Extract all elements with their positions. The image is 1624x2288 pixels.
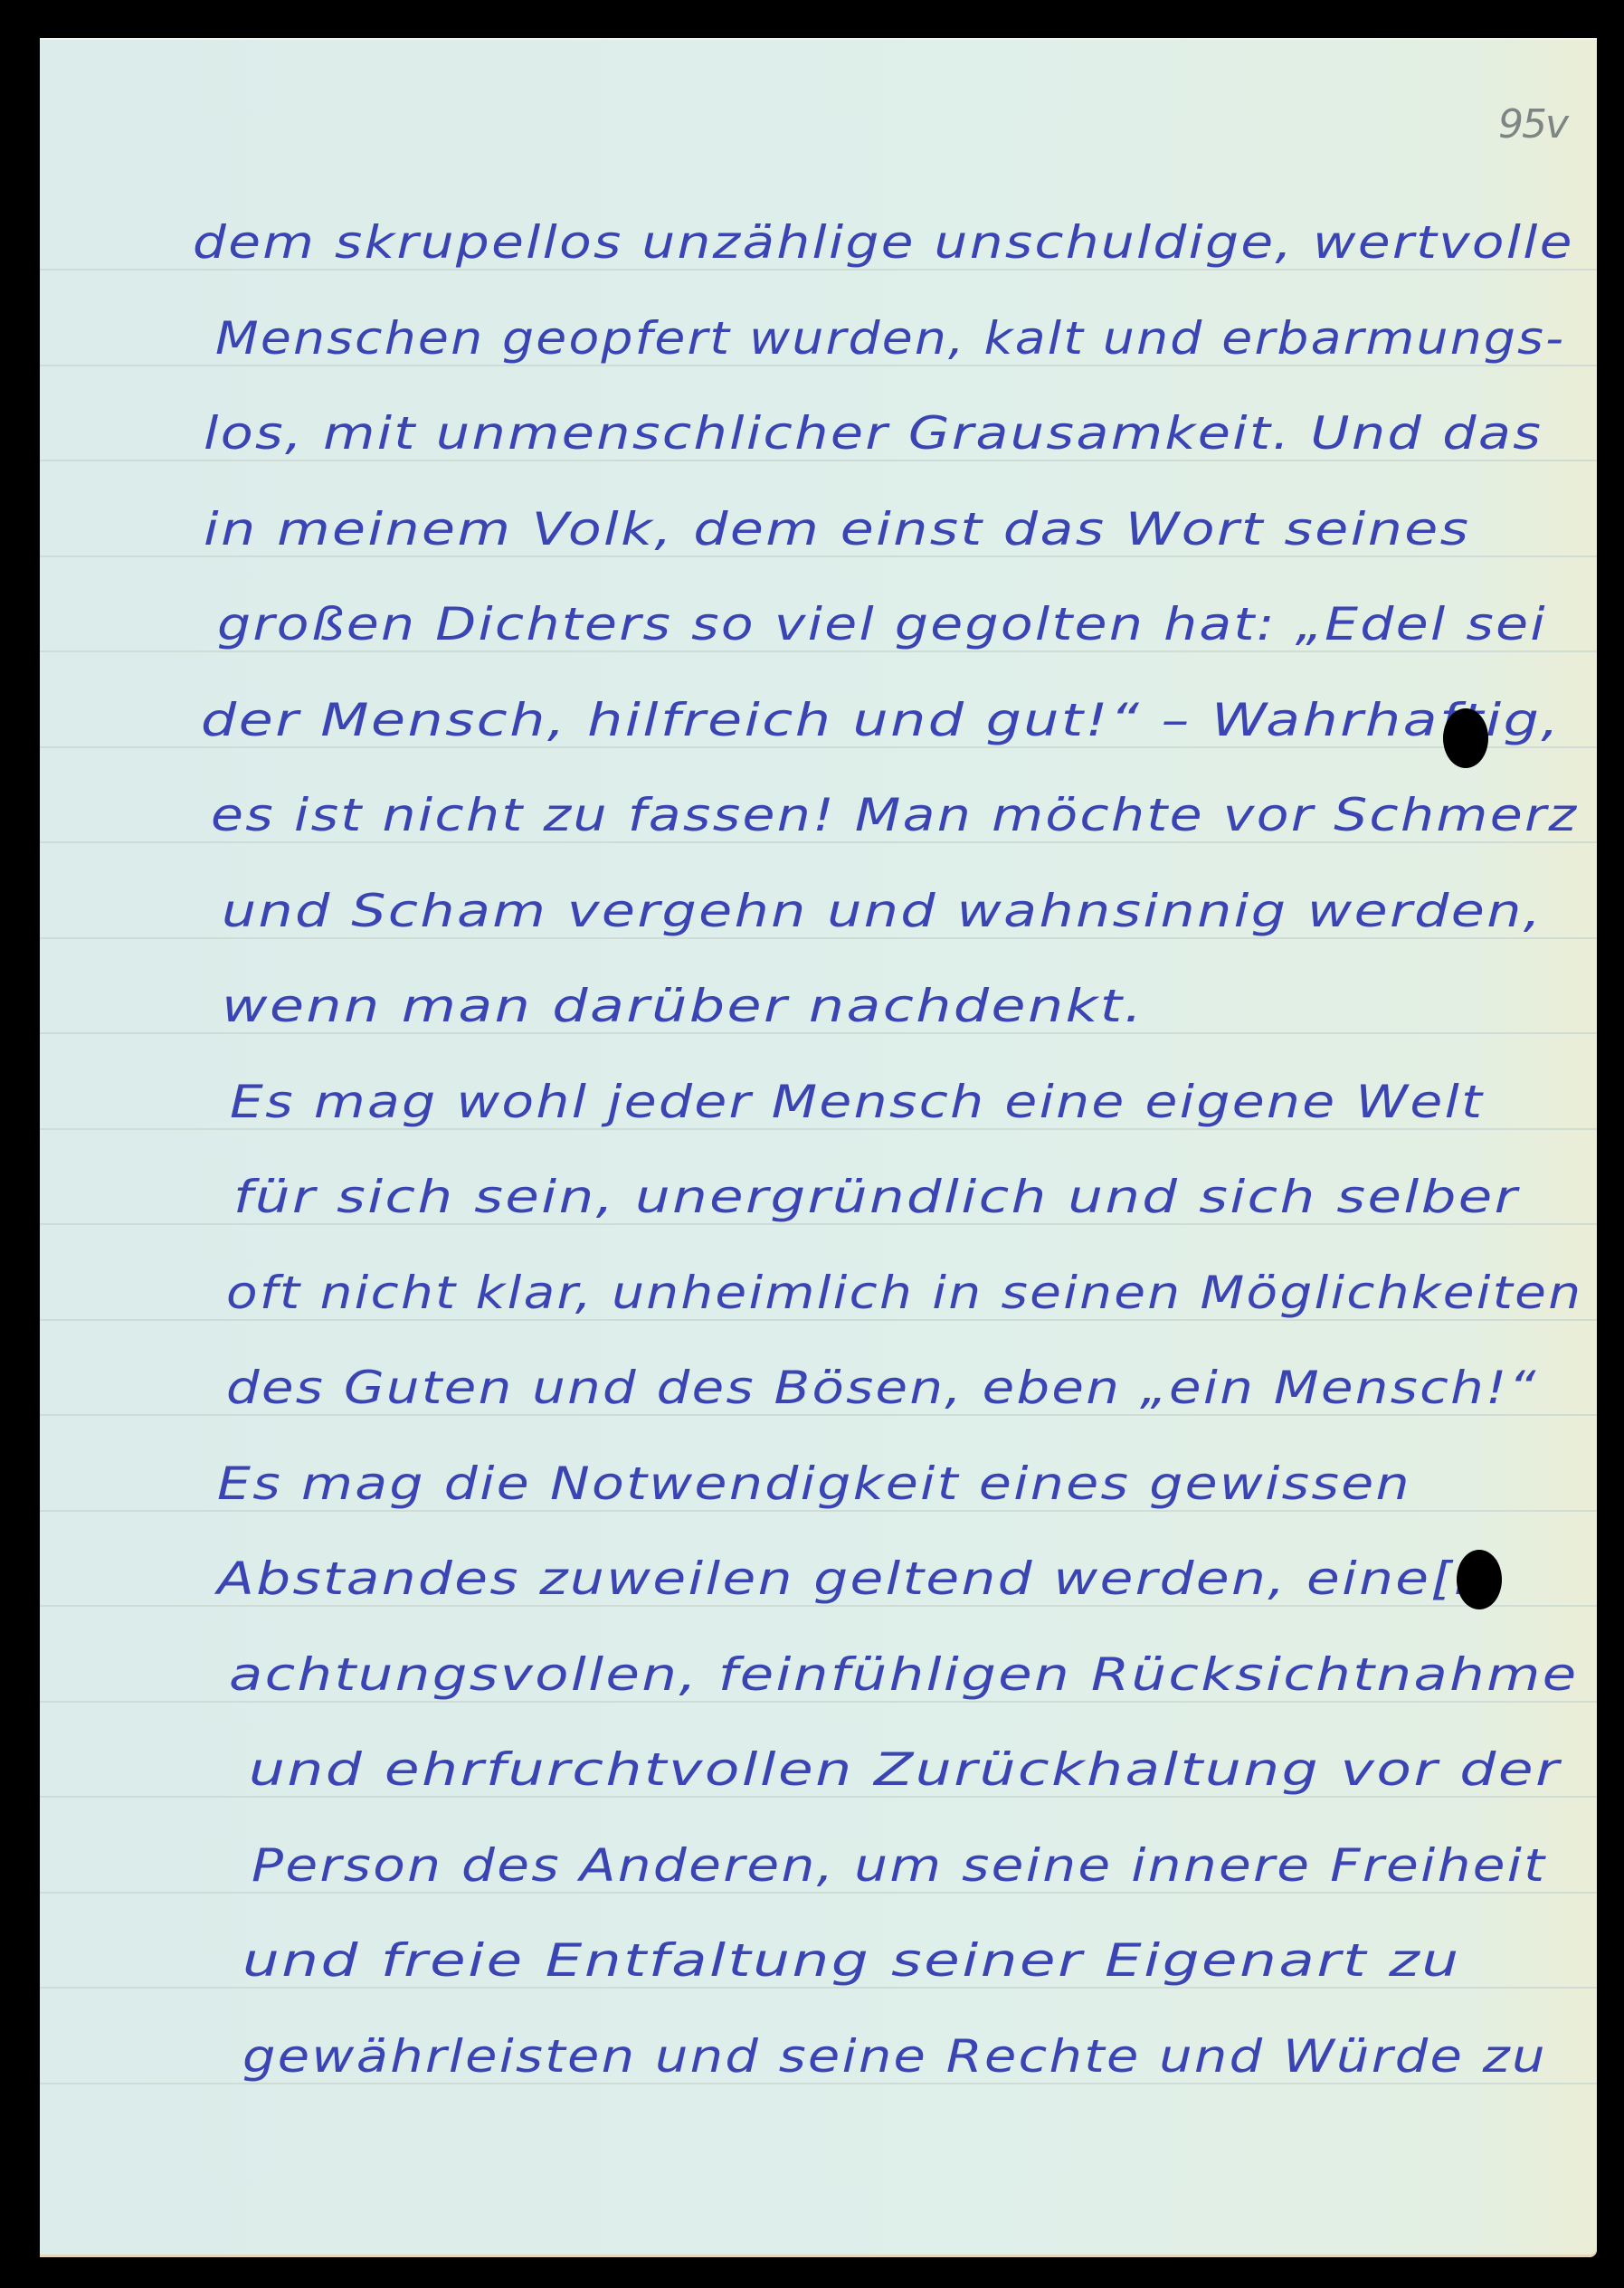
ruled-line <box>40 650 1597 652</box>
ruled-line <box>40 555 1597 557</box>
text-line: der Mensch, hilfreich und gut!“ – Wahrha… <box>201 694 1561 746</box>
ruled-line <box>40 1987 1597 1989</box>
ruled-line <box>40 365 1597 366</box>
text-line: für sich sein, unergründlich und sich se… <box>233 1171 1519 1223</box>
text-line: Abstandes zuweilen geltend werden, eine[… <box>217 1552 1502 1605</box>
text-line: und ehrfurchtvollen Zurückhaltung vor de… <box>249 1743 1562 1796</box>
ruled-line <box>40 1223 1597 1225</box>
text-line: wenn man darüber nachdenkt. <box>222 980 1144 1032</box>
text-line: dem skrupellos unzählige unschuldige, we… <box>193 216 1574 269</box>
text-line: großen Dichters so viel gegolten hat: „E… <box>217 598 1547 650</box>
ruled-line <box>40 1414 1597 1416</box>
text-line: achtungsvollen, feinfühligen Rücksichtna… <box>229 1648 1579 1701</box>
ruled-line <box>40 1510 1597 1512</box>
text-line: los, mit unmenschlicher Grausamkeit. Und… <box>204 407 1543 460</box>
page-number: 95v <box>1498 101 1567 147</box>
text-line: in meinem Volk, dem einst das Wort seine… <box>204 503 1470 555</box>
ruled-line <box>40 746 1597 748</box>
punch-hole <box>1457 1550 1502 1609</box>
text-line: gewährleisten und seine Rechte und Würde… <box>242 2030 1547 2083</box>
text-line: und freie Entfaltung seiner Eigenart zu <box>242 1934 1461 1987</box>
ruled-line <box>40 269 1597 271</box>
ruled-line <box>40 1128 1597 1130</box>
text-line: Person des Anderen, um seine innere Frei… <box>252 1839 1546 1892</box>
ruled-line <box>40 937 1597 939</box>
text-line: es ist nicht zu fassen! Man möchte vor S… <box>211 789 1578 841</box>
ruled-line <box>40 2083 1597 2084</box>
text-line: Es mag die Notwendigkeit eines gewissen <box>217 1457 1411 1510</box>
ruled-line <box>40 460 1597 461</box>
ruled-line <box>40 841 1597 843</box>
punch-hole <box>1443 708 1488 768</box>
text-line: und Scham vergehn und wahnsinnig werden, <box>222 885 1543 937</box>
ruled-line <box>40 1319 1597 1321</box>
text-line: oft nicht klar, unheimlich in seinen Mög… <box>226 1267 1582 1319</box>
ruled-line <box>40 1796 1597 1798</box>
handwritten-page: 95v dem skrupellos unzählige unschuldige… <box>40 38 1597 2257</box>
ruled-line <box>40 1701 1597 1703</box>
text-line: Menschen geopfert wurden, kalt und erbar… <box>215 312 1565 365</box>
text-line: des Guten und des Bösen, eben „ein Mensc… <box>226 1362 1538 1414</box>
ruled-line <box>40 1892 1597 1894</box>
ruled-line <box>40 1605 1597 1607</box>
text-line: Es mag wohl jeder Mensch eine eigene Wel… <box>230 1076 1484 1128</box>
ruled-line <box>40 1032 1597 1034</box>
